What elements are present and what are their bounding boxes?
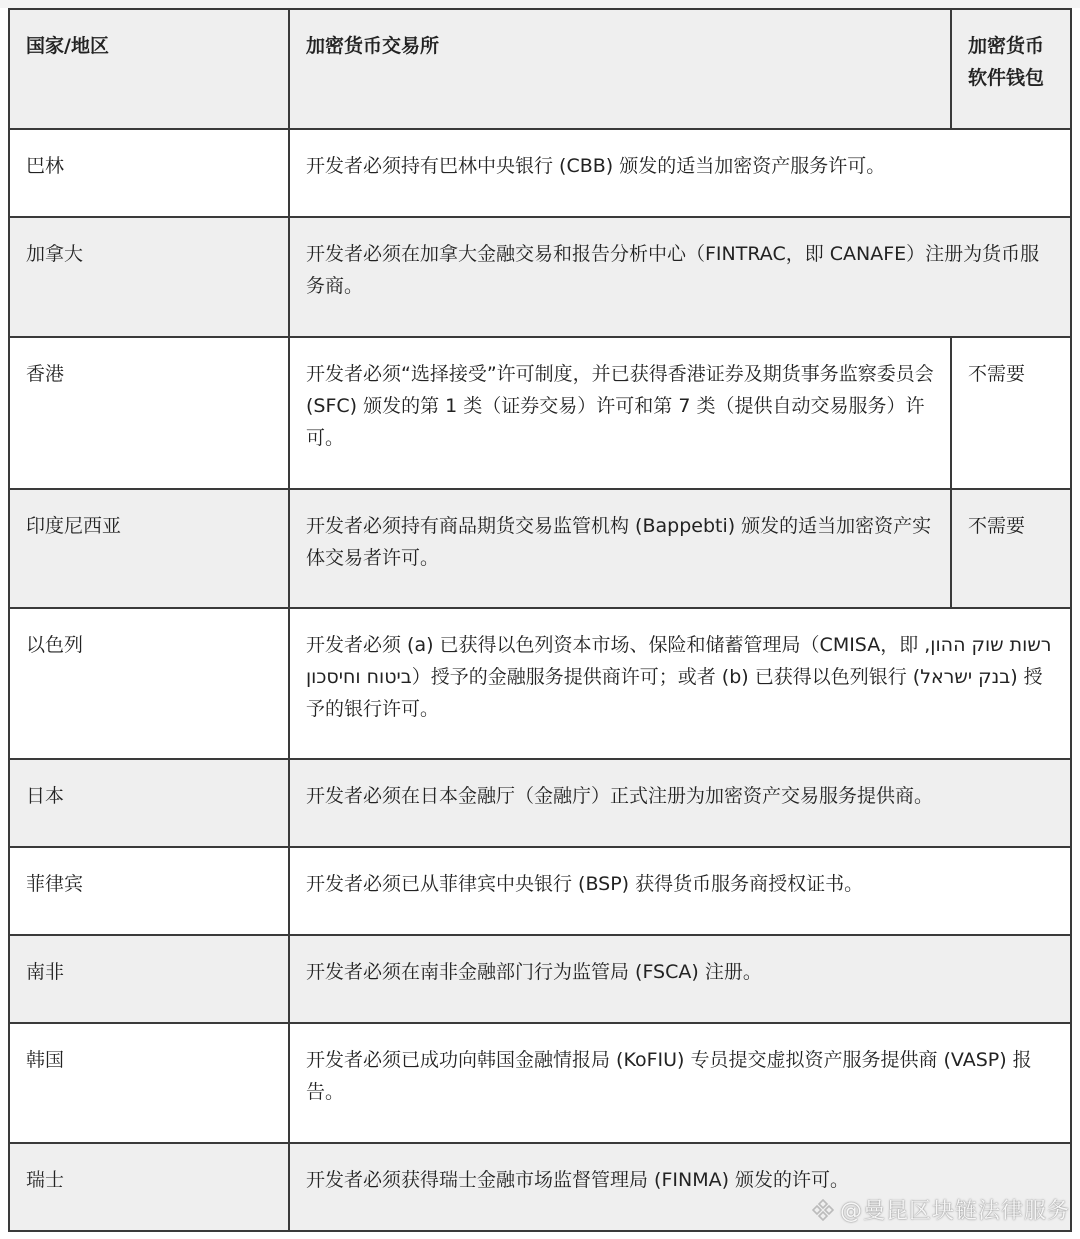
cell-exchange: 开发者必须“选择接受”许可制度，并已获得香港证券及期货事务监察委员会 (SFC)… <box>289 337 951 489</box>
cell-country: 瑞士 <box>9 1143 289 1231</box>
table-row: 菲律宾 开发者必须已从菲律宾中央银行 (BSP) 获得货币服务商授权证书。 <box>9 847 1071 935</box>
top-edge <box>0 0 1080 8</box>
table-row: 印度尼西亚 开发者必须持有商品期货交易监管机构 (Bappebti) 颁发的适当… <box>9 489 1071 608</box>
table-row: 韩国 开发者必须已成功向韩国金融情报局 (KoFIU) 专员提交虚拟资产服务提供… <box>9 1023 1071 1143</box>
watermark: @曼昆区块链法律服务 <box>812 1194 1070 1225</box>
cell-exchange: 开发者必须 (a) 已获得以色列资本市场、保险和储蓄管理局（CMISA，即 רש… <box>289 608 1071 759</box>
cell-exchange: 开发者必须持有巴林中央银行 (CBB) 颁发的适当加密资产服务许可。 <box>289 129 1071 217</box>
table-row: 日本 开发者必须在日本金融厅（金融庁）正式注册为加密资产交易服务提供商。 <box>9 759 1071 847</box>
cell-exchange: 开发者必须已成功向韩国金融情报局 (KoFIU) 专员提交虚拟资产服务提供商 (… <box>289 1023 1071 1143</box>
table-row: 加拿大 开发者必须在加拿大金融交易和报告分析中心（FINTRAC，即 CANAF… <box>9 217 1071 337</box>
cell-country: 香港 <box>9 337 289 489</box>
cell-exchange: 开发者必须在南非金融部门行为监管局 (FSCA) 注册。 <box>289 935 1071 1023</box>
cell-wallet: 不需要 <box>951 337 1071 489</box>
cell-country: 韩国 <box>9 1023 289 1143</box>
cell-exchange: 开发者必须持有商品期货交易监管机构 (Bappebti) 颁发的适当加密资产实体… <box>289 489 951 608</box>
diamond-logo-icon <box>812 1199 834 1221</box>
header-country: 国家/地区 <box>9 9 289 129</box>
cell-exchange: 开发者必须已从菲律宾中央银行 (BSP) 获得货币服务商授权证书。 <box>289 847 1071 935</box>
cell-country: 巴林 <box>9 129 289 217</box>
table-header-row: 国家/地区 加密货币交易所 加密货币软件钱包 <box>9 9 1071 129</box>
cell-country: 菲律宾 <box>9 847 289 935</box>
table-row: 香港 开发者必须“选择接受”许可制度，并已获得香港证券及期货事务监察委员会 (S… <box>9 337 1071 489</box>
table-row: 巴林 开发者必须持有巴林中央银行 (CBB) 颁发的适当加密资产服务许可。 <box>9 129 1071 217</box>
cell-country: 印度尼西亚 <box>9 489 289 608</box>
watermark-text: @曼昆区块链法律服务 <box>840 1194 1070 1225</box>
cell-exchange: 开发者必须在日本金融厅（金融庁）正式注册为加密资产交易服务提供商。 <box>289 759 1071 847</box>
header-exchange: 加密货币交易所 <box>289 9 951 129</box>
regulation-table: 国家/地区 加密货币交易所 加密货币软件钱包 巴林 开发者必须持有巴林中央银行 … <box>8 8 1072 1232</box>
table-row: 南非 开发者必须在南非金融部门行为监管局 (FSCA) 注册。 <box>9 935 1071 1023</box>
header-wallet: 加密货币软件钱包 <box>951 9 1071 129</box>
cell-country: 以色列 <box>9 608 289 759</box>
cell-country: 日本 <box>9 759 289 847</box>
cell-country: 南非 <box>9 935 289 1023</box>
cell-wallet: 不需要 <box>951 489 1071 608</box>
table-row: 以色列 开发者必须 (a) 已获得以色列资本市场、保险和储蓄管理局（CMISA，… <box>9 608 1071 759</box>
cell-exchange: 开发者必须在加拿大金融交易和报告分析中心（FINTRAC，即 CANAFE）注册… <box>289 217 1071 337</box>
cell-country: 加拿大 <box>9 217 289 337</box>
